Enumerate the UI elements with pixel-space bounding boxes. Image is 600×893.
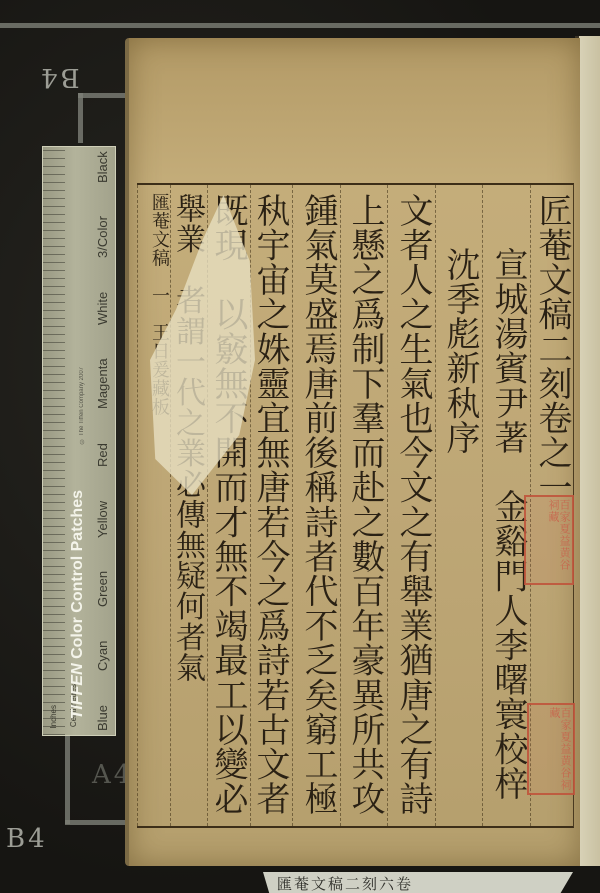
patch-red: Red <box>95 443 110 467</box>
grid-line-lower-horizontal <box>65 820 130 825</box>
patch-yellow: Yellow <box>95 501 110 538</box>
patch-black: Black <box>95 151 110 183</box>
ruler-title: Color Control Patches <box>69 490 86 659</box>
grid-line-inner-top <box>78 93 125 98</box>
grid-line-lower-vertical <box>65 736 70 824</box>
patch-cyan: Cyan <box>95 641 110 671</box>
patch-green: Green <box>95 571 110 607</box>
ruler-tick-marks <box>43 147 65 735</box>
column-text-4: 秇宇宙之姝靈宜無唐若今之爲詩若古文者亦 <box>250 185 292 826</box>
grid-line-top <box>0 23 600 28</box>
ruler-color-patch-labels: Blue Cyan Green Yellow Red Magenta White… <box>95 151 110 731</box>
grid-label-b4-bottom: B4 <box>6 824 48 854</box>
column-author: 宣城湯賓尹著 金谿門人李曙寰校梓 <box>482 185 530 826</box>
column-text-2: 上懸之爲制下羣而赴之數百年豪異所共攻之物 <box>340 185 387 826</box>
ruler-copyright: © The Tiffen Company 2007 <box>79 367 85 444</box>
label-slip-text: 匯菴文稿二刻六卷 <box>277 873 413 893</box>
column-text-3: 鍾氣莫盛焉唐前後稱詩者代不乏矣窮工極變 <box>292 185 340 826</box>
tiffen-logo: TIFFEN <box>69 663 86 719</box>
patch-magenta: Magenta <box>95 359 110 410</box>
red-seal-upper: 百家夏益黄谷祠藏 <box>524 495 574 585</box>
patch-blue: Blue <box>95 705 110 731</box>
column-text-1: 文者人之生氣也今文之有舉業猶唐之有詩 <box>387 185 435 826</box>
tiffen-color-ruler: Inches Centimetres TIFFEN Color Control … <box>42 146 116 736</box>
patch-3color: 3/Color <box>95 216 110 258</box>
grid-label-b4-top: B4 <box>38 62 80 92</box>
ruler-units-inches: Inches <box>49 705 58 729</box>
ruler-brand-label: TIFFEN Color Control Patches <box>69 490 87 719</box>
column-essay-title: 沈季彪新秇序 <box>435 185 482 826</box>
red-seal-lower: 百家夏益黄谷祠藏 <box>527 703 575 795</box>
column-margin-banxin: 匯菴文稿 一 王日爰藏板 <box>137 185 170 826</box>
grid-line-left-vertical <box>78 93 83 143</box>
patch-white: White <box>95 292 110 325</box>
catalog-label-slip: 匯菴文稿二刻六卷 <box>263 872 573 893</box>
